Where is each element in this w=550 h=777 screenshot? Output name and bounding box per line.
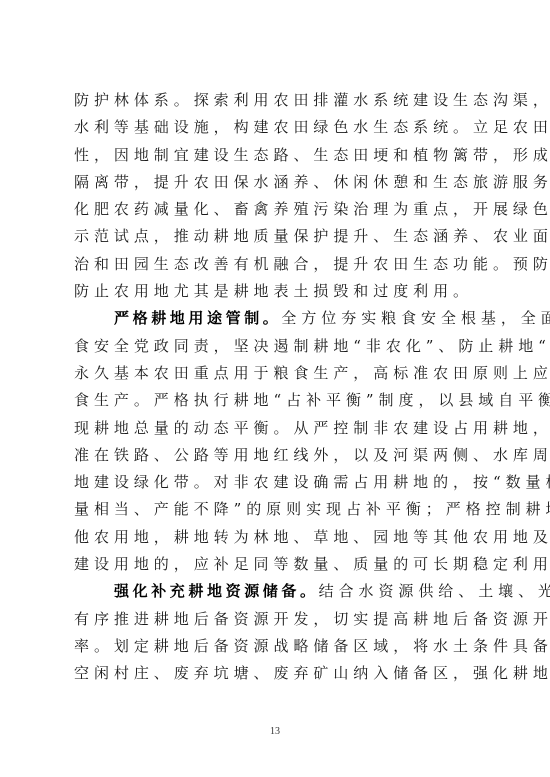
text-line: 防止农用地尤其是耕地表土损毁和过度利用。: [74, 278, 486, 305]
text-line: 有序推进耕地后备资源开发，切实提高耕地后备资源开发利用效: [74, 606, 486, 633]
paragraph-heading: 强化补充耕地资源储备。: [114, 582, 319, 600]
page-number: 13: [0, 726, 550, 737]
document-page: 防护林体系。探索利用农田排灌水系统建设生态沟渠，完善农田 水利等基础设施，构建农…: [0, 0, 550, 777]
text-line: 隔离带，提升农田保水涵养、休闲休憩和生态旅游服务能力。以: [74, 169, 486, 196]
text-line: 水利等基础设施，构建农田绿色水生态系统。立足农田生物多样: [74, 114, 486, 141]
text-run: 全方位夯实粮食安全根基，全面落实粮: [281, 309, 550, 327]
text-line: 化肥农药减量化、畜禽养殖污染治理为重点，开展绿色农田建设: [74, 196, 486, 223]
text-line: 准在铁路、公路等用地红线外，以及河渠两侧、水库周边占用耕: [74, 442, 486, 469]
text-line: 示范试点，推动耕地质量保护提升、生态涵养、农业面源污染防: [74, 223, 486, 250]
text-run: 结合水资源供给、土壤、光热条件，: [319, 582, 550, 600]
text-line: 治和田园生态改善有机融合，提升农田生态功能。预防农地沙化，: [74, 251, 486, 278]
paragraph-heading: 严格耕地用途管制。: [114, 309, 281, 327]
paragraph-first-line: 强化补充耕地资源储备。结合水资源供给、土壤、光热条件，: [74, 578, 486, 605]
text-line: 建设用地的，应补足同等数量、质量的可长期稳定利用耕地。: [74, 551, 486, 578]
text-line: 量相当、产能不降”的原则实现占补平衡；严格控制耕地转为其: [74, 496, 486, 523]
text-line: 性，因地制宜建设生态路、生态田埂和植物篱带，形成农田生态: [74, 142, 486, 169]
text-line: 食安全党政同责，坚决遏制耕地“非农化”、防止耕地“非粮化”，: [74, 333, 486, 360]
text-line: 食生产。严格执行耕地“占补平衡”制度，以县域自平衡为主，实: [74, 387, 486, 414]
text-line: 地建设绿化带。对非农建设确需占用耕地的，按“数量相等、质: [74, 469, 486, 496]
paragraph-first-line: 严格耕地用途管制。全方位夯实粮食安全根基，全面落实粮: [74, 305, 486, 332]
text-line: 永久基本农田重点用于粮食生产，高标准农田原则上应当用于粮: [74, 360, 486, 387]
text-line: 空闲村庄、废弃坑塘、废弃矿山纳入储备区，强化耕地资源战略: [74, 660, 486, 687]
text-line: 率。划定耕地后备资源战略储备区域，将水土条件具备的地区内: [74, 633, 486, 660]
text-line: 他农用地，耕地转为林地、草地、园地等其他农用地及农业设施: [74, 524, 486, 551]
text-line: 现耕地总量的动态平衡。从严控制非农建设占用耕地，不得超标: [74, 415, 486, 442]
body-text: 防护林体系。探索利用农田排灌水系统建设生态沟渠，完善农田 水利等基础设施，构建农…: [74, 87, 486, 688]
text-line: 防护林体系。探索利用农田排灌水系统建设生态沟渠，完善农田: [74, 87, 486, 114]
